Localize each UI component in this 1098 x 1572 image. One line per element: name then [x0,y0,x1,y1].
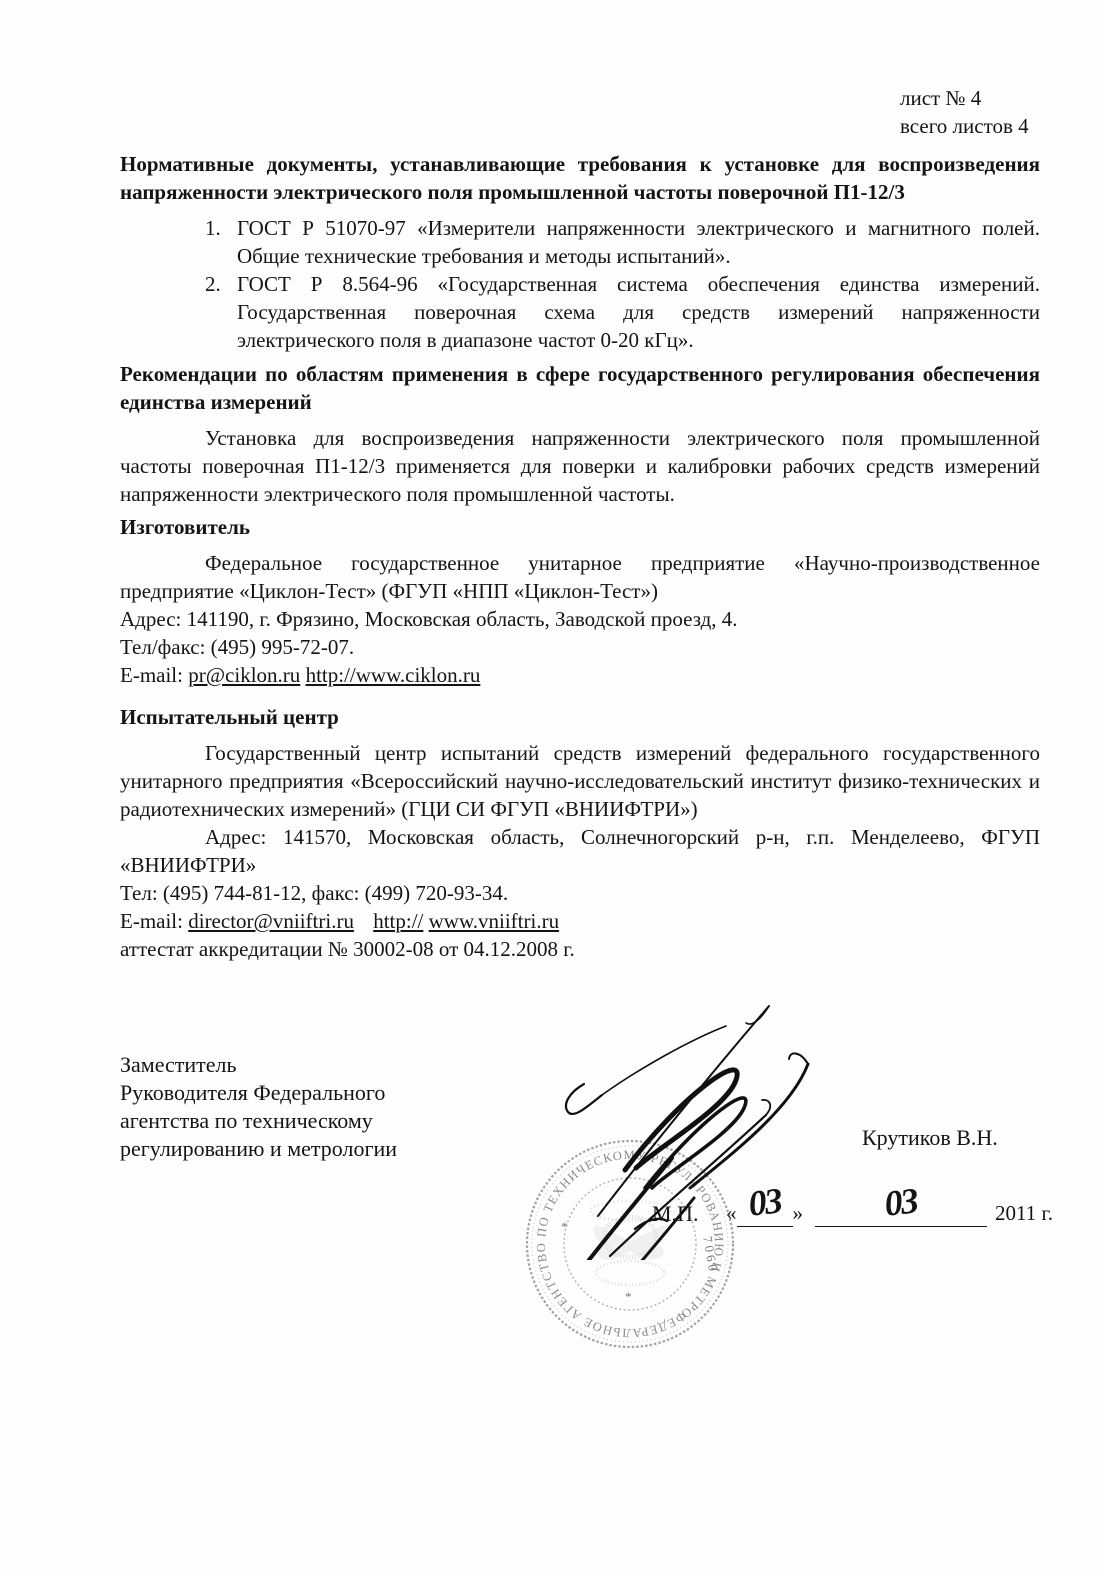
recommendations-body: Установка для воспроизведения напряженно… [120,424,1040,508]
handwritten-signature [540,988,832,1260]
list-item: 1. ГОСТ Р 51070-97 «Измерители напряженн… [205,214,1040,270]
position-line: агентства по техническому [120,1107,397,1135]
position-line: Руководителя Федерального [120,1079,397,1107]
stamp-star: * [625,1289,632,1304]
normative-documents-heading: Нормативные документы, устанавливающие т… [120,150,1040,206]
test-center-website-link: www.vniiftri.ru [429,909,559,933]
test-center-heading: Испытательный центр [120,703,1040,731]
email-label: E-mail: [120,663,183,687]
manufacturer-heading: Изготовитель [120,513,1040,541]
signatory-name: Крутиков В.Н. [862,1124,998,1152]
manufacturer-phone: Тел/факс: (495) 995-72-07. [120,633,1040,661]
manufacturer-email-link: pr@ciklon.ru [188,663,300,687]
position-line: Заместитель [120,1051,397,1079]
normative-documents-list: 1. ГОСТ Р 51070-97 «Измерители напряженн… [205,214,1040,354]
list-item-text: ГОСТ Р 8.564-96 «Государственная система… [237,270,1040,354]
recommendations-heading: Рекомендации по областям применения в сф… [120,360,1040,416]
document-content: лист № 4 всего листов 4 Нормативные доку… [120,84,1040,963]
sheet-number: лист № 4 [900,84,1040,112]
manufacturer-website-link: http://www.ciklon.ru [306,663,481,687]
list-item-number: 1. [205,214,237,270]
total-sheets: всего листов 4 [900,112,1040,140]
test-center-website-prefix: http:// [373,909,423,933]
signatory-position: Заместитель Руководителя Федерального аг… [120,1051,397,1163]
list-item-text: ГОСТ Р 51070-97 «Измерители напряженност… [237,214,1040,270]
document-page: лист № 4 всего листов 4 Нормативные доку… [0,0,1098,1572]
test-center-phone: Тел: (495) 744-81-12, факс: (499) 720-93… [120,879,1040,907]
manufacturer-email-line: E-mail: pr@ciklon.ru http://www.ciklon.r… [120,661,1040,689]
position-line: регулированию и метрологии [120,1135,397,1163]
email-label: E-mail: [120,909,183,933]
test-center-company: Государственный центр испытаний средств … [120,739,1040,823]
accreditation-certificate: аттестат аккредитации № 30002-08 от 04.1… [120,935,1040,963]
sheet-info: лист № 4 всего листов 4 [900,84,1040,140]
test-center-email-link: director@vniiftri.ru [188,909,354,933]
list-item-number: 2. [205,270,237,354]
list-item: 2. ГОСТ Р 8.564-96 «Государственная сист… [205,270,1040,354]
manufacturer-company: Федеральное государственное унитарное пр… [120,549,1040,605]
date-year: 2011 г. [995,1201,1053,1225]
test-center-email-line: E-mail: director@vniiftri.ru http:// www… [120,907,1040,935]
handwritten-month: 03 [883,1186,918,1218]
date-month-blank: 03 [815,1192,987,1227]
manufacturer-address: Адрес: 141190, г. Фрязино, Московская об… [120,605,1040,633]
test-center-address: Адрес: 141570, Московская область, Солне… [120,823,1040,879]
